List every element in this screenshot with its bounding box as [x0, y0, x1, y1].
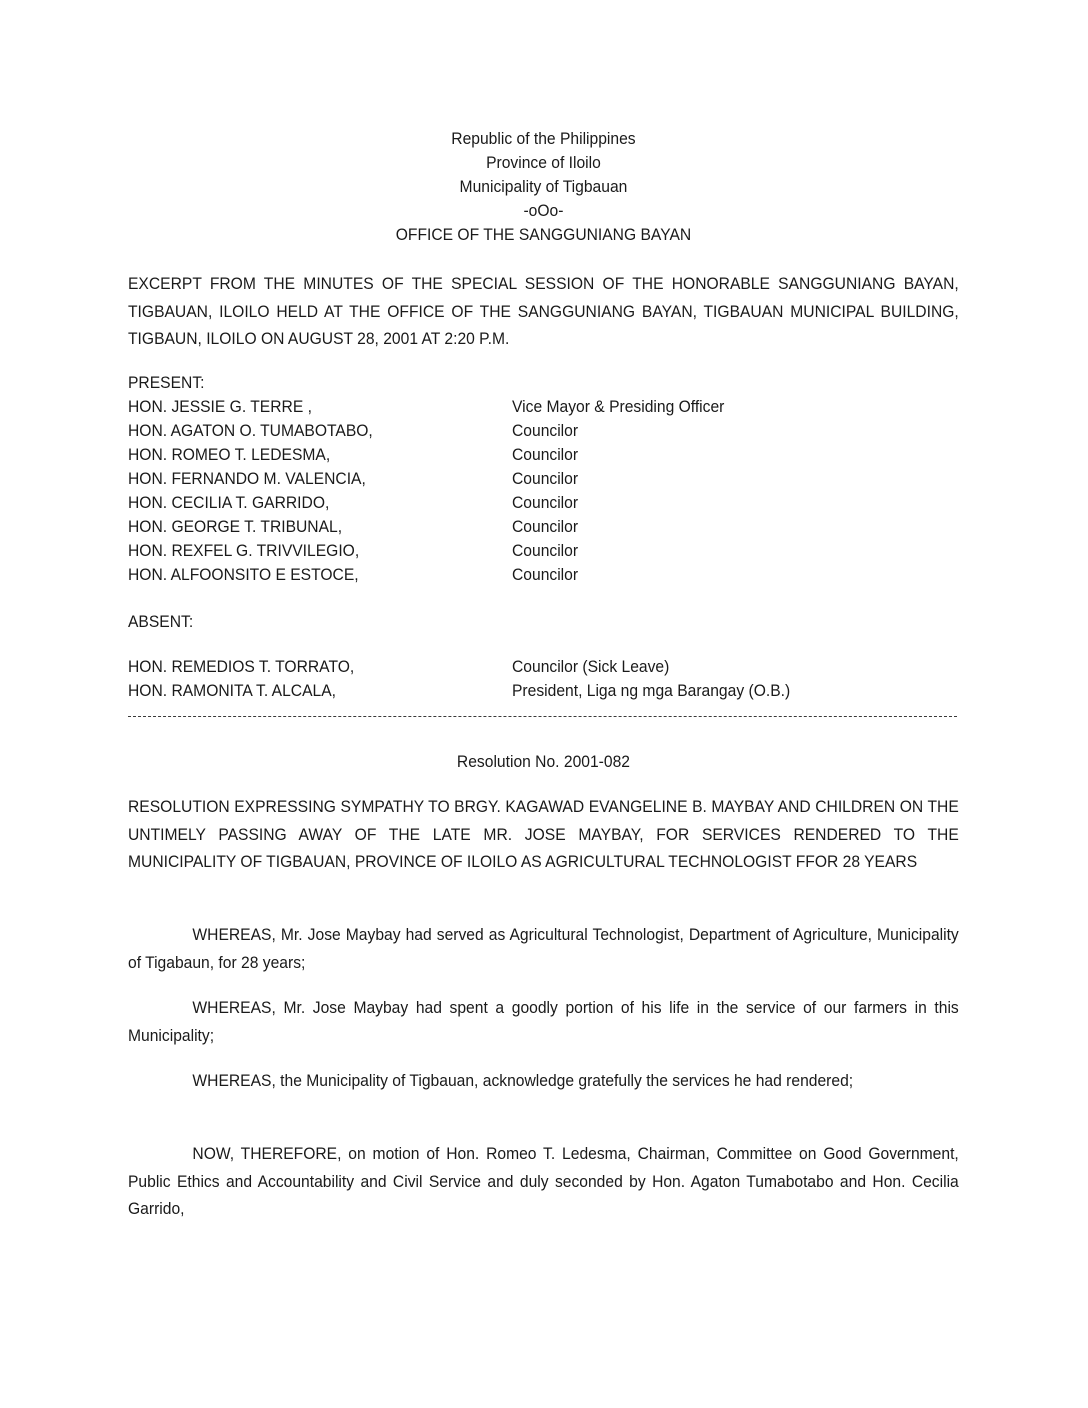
- member-role: President, Liga ng mga Barangay (O.B.): [512, 679, 790, 703]
- member-name: HON. AGATON O. TUMABOTABO,: [128, 419, 373, 443]
- absent-member-row: HON. REMEDIOS T. TORRATO, Councilor (Sic…: [128, 655, 959, 679]
- member-role: Councilor: [512, 467, 578, 491]
- paragraph-text: WHEREAS, Mr. Jose Maybay had spent a goo…: [128, 998, 959, 1045]
- present-member-row: HON. AGATON O. TUMABOTABO, Councilor: [128, 419, 959, 443]
- present-list: HON. JESSIE G. TERRE , Vice Mayor & Pres…: [128, 395, 959, 587]
- whereas-paragraph: WHEREAS, the Municipality of Tigbauan, a…: [128, 1067, 959, 1095]
- member-role: Councilor: [512, 515, 578, 539]
- minutes-excerpt-heading: EXCERPT FROM THE MINUTES OF THE SPECIAL …: [128, 270, 959, 353]
- paragraph-text: WHEREAS, the Municipality of Tigbauan, a…: [192, 1071, 853, 1090]
- member-role: Councilor: [512, 419, 578, 443]
- letterhead-province: Province of Iloilo: [161, 151, 926, 175]
- member-role: Vice Mayor & Presiding Officer: [512, 395, 724, 419]
- present-member-row: HON. REXFEL G. TRIVVILEGIO, Councilor: [128, 539, 959, 563]
- whereas-paragraph: WHEREAS, Mr. Jose Maybay had served as A…: [128, 921, 959, 976]
- absent-member-row: HON. RAMONITA T. ALCALA, President, Liga…: [128, 679, 959, 703]
- resolution-number: Resolution No. 2001-082: [161, 750, 926, 774]
- member-role: Councilor (Sick Leave): [512, 655, 669, 679]
- paragraph-text: WHEREAS, Mr. Jose Maybay had served as A…: [128, 925, 959, 972]
- member-name: HON. REMEDIOS T. TORRATO,: [128, 655, 354, 679]
- letterhead: Republic of the Philippines Province of …: [161, 127, 926, 247]
- letterhead-municipality: Municipality of Tigbauan: [161, 175, 926, 199]
- present-member-row: HON. FERNANDO M. VALENCIA, Councilor: [128, 467, 959, 491]
- present-member-row: HON. GEORGE T. TRIBUNAL, Councilor: [128, 515, 959, 539]
- member-name: HON. ALFOONSITO E ESTOCE,: [128, 563, 359, 587]
- whereas-paragraph: WHEREAS, Mr. Jose Maybay had spent a goo…: [128, 994, 959, 1049]
- present-member-row: HON. CECILIA T. GARRIDO, Councilor: [128, 491, 959, 515]
- member-name: HON. GEORGE T. TRIBUNAL,: [128, 515, 342, 539]
- absent-label: ABSENT:: [128, 610, 193, 634]
- dashed-divider: [128, 716, 957, 717]
- member-name: HON. RAMONITA T. ALCALA,: [128, 679, 336, 703]
- present-member-row: HON. ALFOONSITO E ESTOCE, Councilor: [128, 563, 959, 587]
- letterhead-republic: Republic of the Philippines: [161, 127, 926, 151]
- present-member-row: HON. ROMEO T. LEDESMA, Councilor: [128, 443, 959, 467]
- member-name: HON. REXFEL G. TRIVVILEGIO,: [128, 539, 359, 563]
- member-name: HON. CECILIA T. GARRIDO,: [128, 491, 329, 515]
- now-therefore-paragraph: NOW, THEREFORE, on motion of Hon. Romeo …: [128, 1140, 959, 1223]
- resolution-title: RESOLUTION EXPRESSING SYMPATHY TO BRGY. …: [128, 793, 959, 876]
- paragraph-text: NOW, THEREFORE, on motion of Hon. Romeo …: [128, 1144, 959, 1218]
- present-label: PRESENT:: [128, 371, 204, 395]
- present-member-row: HON. JESSIE G. TERRE , Vice Mayor & Pres…: [128, 395, 959, 419]
- member-role: Councilor: [512, 539, 578, 563]
- member-name: HON. JESSIE G. TERRE ,: [128, 395, 312, 419]
- absent-list: HON. REMEDIOS T. TORRATO, Councilor (Sic…: [128, 655, 959, 703]
- member-role: Councilor: [512, 563, 578, 587]
- member-role: Councilor: [512, 491, 578, 515]
- letterhead-office: OFFICE OF THE SANGGUNIANG BAYAN: [161, 223, 926, 247]
- member-role: Councilor: [512, 443, 578, 467]
- member-name: HON. FERNANDO M. VALENCIA,: [128, 467, 366, 491]
- member-name: HON. ROMEO T. LEDESMA,: [128, 443, 330, 467]
- letterhead-ornament: -oOo-: [161, 199, 926, 223]
